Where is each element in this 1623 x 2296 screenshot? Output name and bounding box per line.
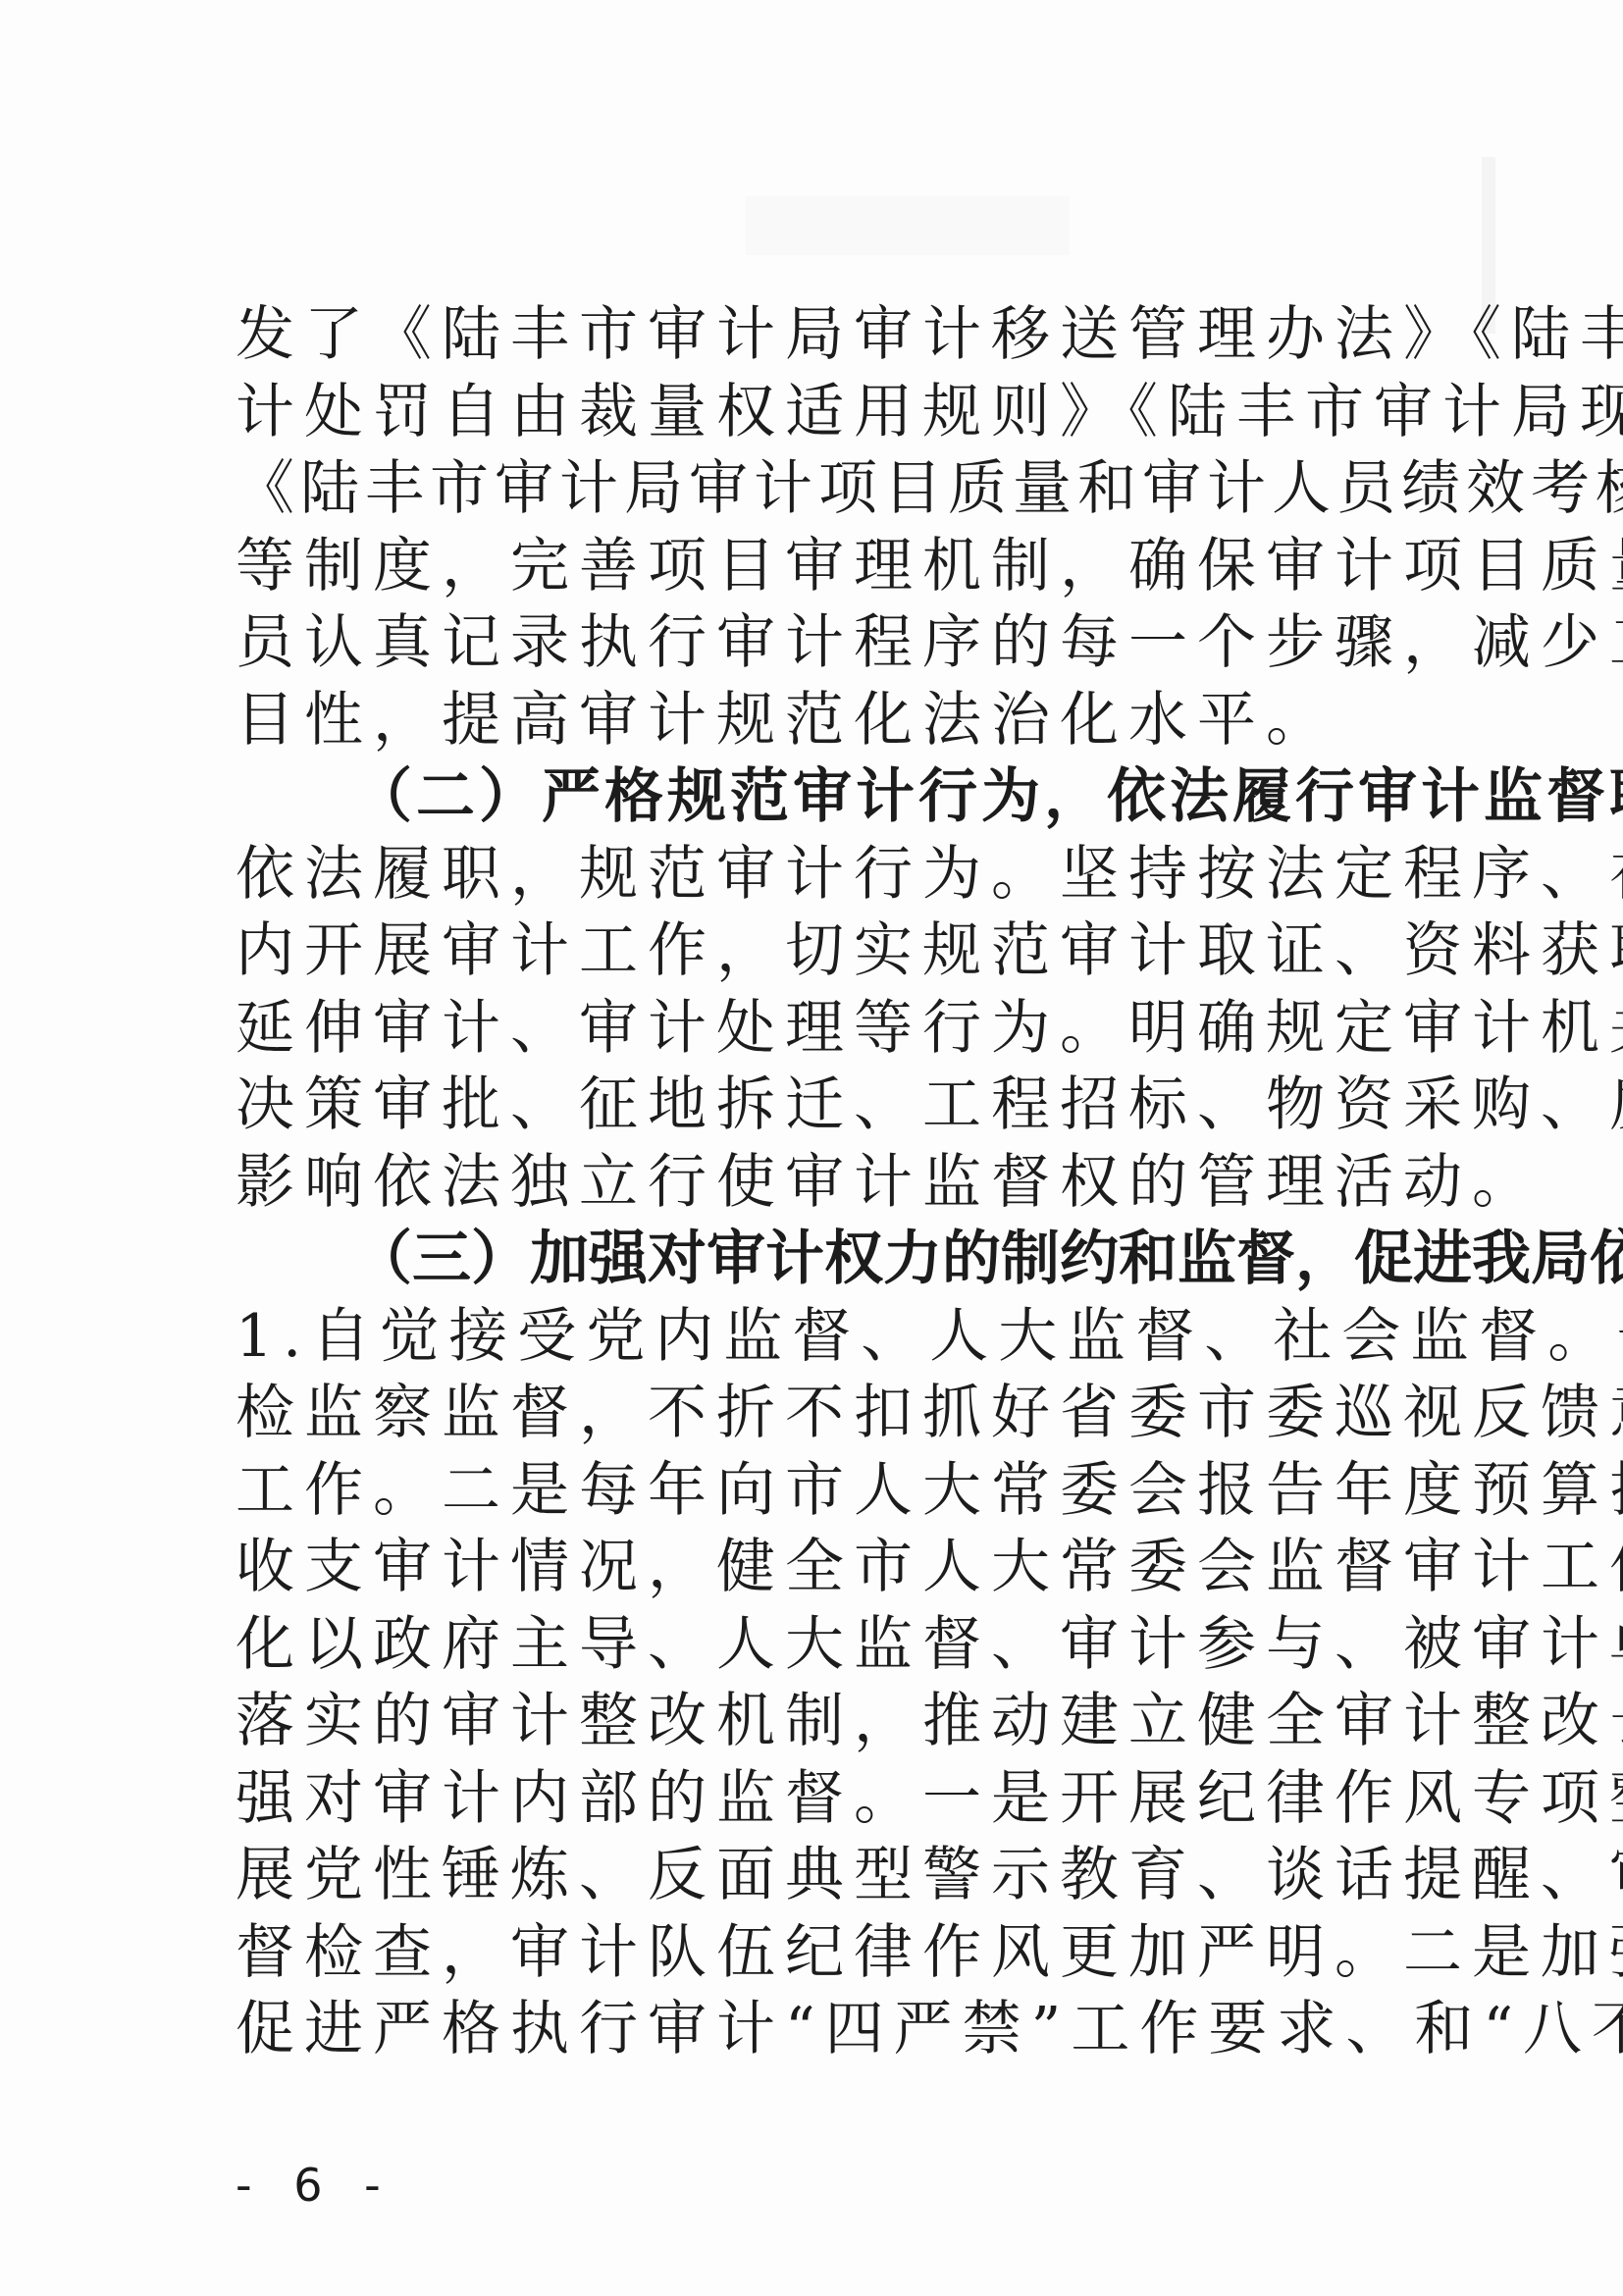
text-line: 目性，提高审计规范化法治化水平。 [236, 682, 1433, 759]
text-line: 发了《陆丰市审计局审计移送管理办法》《陆丰市审计局规范审 [236, 296, 1433, 374]
body-text: 发了《陆丰市审计局审计移送管理办法》《陆丰市审计局规范审 计处罚自由裁量权适用规… [236, 296, 1433, 2068]
scan-artifact [746, 196, 1070, 255]
text-line: 决策审批、征地拆迁、工程招标、物资采购、质量评价等可能 [236, 1067, 1433, 1144]
text-line: 内开展审计工作，切实规范审计取证、资料获取、账户查询、 [236, 913, 1433, 990]
text-line: 促进严格执行审计“四严禁”工作要求、和“八不准”工作纪 [236, 1991, 1433, 2068]
text-line: 等制度，完善项目审理机制，确保审计项目质量，要求审计人 [236, 528, 1433, 605]
text-line: 依法履职，规范审计行为。坚持按法定程序、在法定职权范围 [236, 836, 1433, 913]
text-line: 1.自觉接受党内监督、人大监督、社会监督。一是主动接受纪 [236, 1298, 1433, 1376]
text-line: 计处罚自由裁量权适用规则》《陆丰市审计局现场管理办法》和 [236, 374, 1433, 451]
section-heading-3: （三）加强对审计权力的制约和监督，促进我局依法履职。 [353, 1225, 1623, 1293]
text-line: 影响依法独立行使审计监督权的管理活动。 [236, 1144, 1433, 1222]
document-page: 发了《陆丰市审计局审计移送管理办法》《陆丰市审计局规范审 计处罚自由裁量权适用规… [0, 0, 1623, 2296]
section-heading-2: （二）严格规范审计行为，依法履行审计监督职能。 [353, 762, 1623, 831]
text-line: 展党性锤炼、反面典型警示教育、谈话提醒、审计现场廉政监 [236, 1837, 1433, 1914]
text-line: 工作。二是每年向市人大常委会报告年度预算执行和其他财政 [236, 1452, 1433, 1530]
text-line: 延伸审计、审计处理等行为。明确规定审计机关不得参与项目 [236, 990, 1433, 1068]
text-line: 落实的审计整改机制，推动建立健全审计整改长效机制。2.加 [236, 1683, 1433, 1760]
text-line: 收支审计情况，健全市人大常委会监督审计工作机制，不断深 [236, 1529, 1433, 1606]
section-heading-3-line: （三）加强对审计权力的制约和监督，促进我局依法履职。 [236, 1221, 1433, 1298]
section-heading-2-line: （二）严格规范审计行为，依法履行审计监督职能。严格 [236, 758, 1433, 836]
text-line: 《陆丰市审计局审计项目质量和审计人员绩效考核办法（试行）》 [236, 450, 1433, 528]
page-number: - 6 - [236, 2159, 394, 2212]
text-line: 员认真记录执行审计程序的每一个步骤，减少工作随意性和盲 [236, 604, 1433, 682]
text-line: 督检查，审计队伍纪律作风更加严明。二是加强党风廉政建设， [236, 1914, 1433, 1992]
text-line: 强对审计内部的监督。一是开展纪律作风专项整治月活动，开 [236, 1760, 1433, 1838]
text-line: 化以政府主导、人大监督、审计参与、被审计单位和主管部门 [236, 1606, 1433, 1684]
text-line: 检监察监督，不折不扣抓好省委市委巡视反馈意见的整改落实 [236, 1375, 1433, 1452]
